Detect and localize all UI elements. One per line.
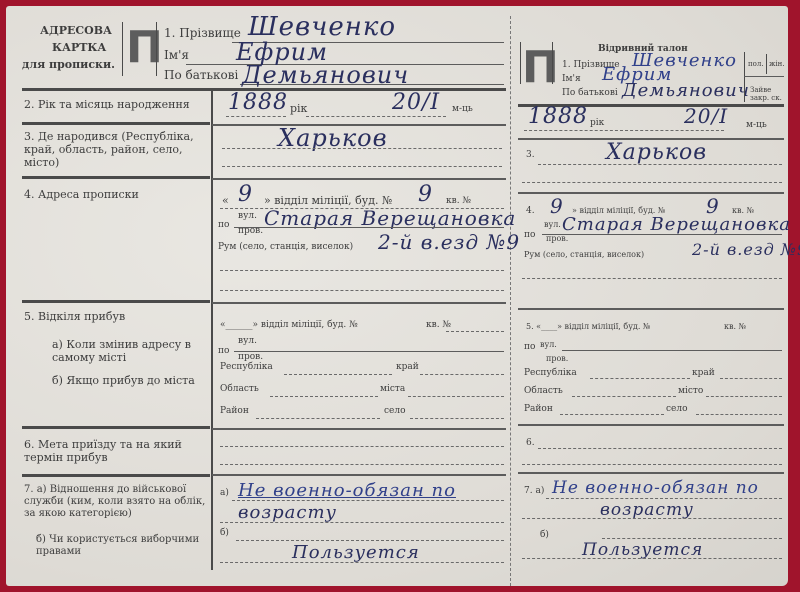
stub-address-vul: вул. [544, 220, 561, 229]
underline [220, 290, 504, 291]
underline [522, 518, 782, 519]
military-a-value-line1: Не военно-обязан по [238, 480, 456, 501]
underline [220, 562, 504, 563]
birth-year-value: 1888 [228, 90, 288, 115]
address-quote-open: « [222, 194, 229, 207]
underline [524, 130, 724, 131]
arrival-label: 5. Відкіля прибув [24, 310, 125, 323]
address-po: по [218, 220, 229, 230]
address-building-value: 9 [418, 182, 433, 207]
stub-birthplace-value: Харьков [606, 140, 707, 165]
stub-sex-label: пол. [748, 60, 764, 68]
stub-sex-value-label: жін. [769, 60, 785, 68]
underline [522, 464, 782, 465]
arrival-prov: пров. [238, 352, 263, 362]
arrival-raion: Район [220, 406, 249, 416]
birth-month-value: 20/I [392, 90, 440, 115]
stub-military-b-value: Пользуется [582, 540, 703, 560]
stub-row5-republic: Республіка [524, 368, 577, 378]
section-divider [518, 424, 784, 426]
underline [220, 522, 504, 523]
underline [538, 164, 782, 165]
stub-row5-city: місто [678, 386, 703, 396]
underline [270, 396, 378, 397]
stub-row4-num: 4. [526, 206, 535, 216]
underline [744, 76, 784, 77]
section-divider [212, 178, 506, 180]
stub-name-label: Ім'я [562, 74, 581, 84]
underline [284, 374, 392, 375]
card-title-line1: АДРЕСОВА [40, 24, 112, 37]
stub-row3-num: 3. [526, 150, 535, 160]
stub-row6-num: 6. [526, 438, 535, 448]
stub-address-prov: пров. [546, 234, 568, 243]
divider [744, 52, 745, 102]
underline [234, 227, 504, 228]
stub-birth-year-unit: рік [590, 118, 604, 128]
underline [572, 396, 676, 397]
stub-row5-village: село [666, 404, 688, 414]
birth-month-unit: м-ць [452, 104, 473, 114]
underline [226, 116, 286, 117]
divider [552, 42, 553, 84]
section-divider [212, 302, 506, 304]
purpose-label: 6. Мета приїзду та на який термін прибув [24, 438, 208, 464]
military-b-value: Пользуется [292, 542, 420, 563]
underline [256, 418, 380, 419]
underline [590, 378, 690, 379]
underline [542, 234, 782, 235]
underline [220, 446, 504, 447]
section-divider [212, 474, 506, 476]
stub-address-rum-value: 2-й в.езд №9 [692, 240, 800, 259]
military-a-value-line2: возрасту [238, 502, 337, 523]
underline [420, 374, 504, 375]
underline [560, 414, 664, 415]
section-divider [22, 176, 210, 179]
underline [538, 448, 782, 449]
underline [232, 500, 504, 501]
underline [522, 278, 782, 279]
birth-year-unit: рік [290, 102, 307, 115]
underline [234, 351, 504, 352]
stub-row5-krai: край [692, 368, 715, 378]
military-b-prefix: б) [220, 528, 229, 538]
address-rum-value: 2-й в.езд №9 [378, 230, 520, 254]
stub-row5-line: 5. «____» відділ міліції, буд. № [526, 322, 650, 331]
underline [222, 148, 502, 149]
arrival-po: по [218, 346, 229, 356]
arrival-vul: вул. [238, 336, 257, 346]
arrival-apt: кв. № [426, 320, 451, 330]
patronymic-value: Демьянович [242, 61, 409, 89]
stub-address-rum-label: Рум (село, станція, виселок) [524, 250, 644, 259]
underline [522, 182, 782, 183]
address-apt-label: кв. № [446, 196, 471, 206]
arrival-oblast: Область [220, 384, 259, 394]
address-rum-label: Рум (село, станція, виселок) [218, 242, 353, 252]
underline [410, 418, 504, 419]
underline [220, 270, 504, 271]
arrival-option-a: а) Коли змінив адресу в самому місті [52, 338, 206, 364]
stub-extra-label: Зайве закр. ск. [750, 86, 784, 102]
stub-address-po: по [524, 230, 535, 240]
divider [520, 42, 521, 84]
military-a-prefix: а) [220, 488, 229, 498]
stub-military-b-prefix: б) [540, 530, 549, 540]
stub-row5-vul: вул. [540, 340, 557, 349]
stub-birth-year-value: 1888 [528, 104, 588, 129]
divider [122, 22, 123, 76]
underline [562, 350, 782, 351]
stub-row5-apt: кв. № [724, 322, 746, 331]
section-divider [518, 308, 784, 310]
address-registration-card: АДРЕСОВА КАРТКА для прописки. П 1. Прізв… [6, 6, 788, 586]
underline [696, 414, 782, 415]
stub-row7-num: 7. а) [524, 486, 544, 496]
underline [446, 331, 504, 332]
section-divider [22, 122, 210, 125]
stub-birth-month-unit: м-ць [746, 120, 767, 130]
underline [602, 538, 782, 539]
underline [236, 540, 504, 541]
underline [522, 558, 782, 559]
stub-row5-prov: пров. [546, 354, 568, 363]
address-vul: вул. [238, 211, 257, 221]
card-title-line2: КАРТКА [52, 41, 106, 54]
section-divider [22, 474, 210, 477]
address-label: 4. Адреса прописки [24, 188, 139, 201]
stub-row5-oblast: Область [524, 386, 563, 396]
arrival-krai: край [396, 362, 419, 372]
stub-patronymic-label: По батькові [562, 88, 618, 98]
arrival-city: міста [380, 384, 405, 394]
underline [408, 396, 504, 397]
stub-birth-month-value: 20/I [684, 104, 728, 128]
underline [220, 464, 504, 465]
stub-address-street-value: Старая Верещановка [562, 214, 791, 235]
stub-row5-raion: Район [524, 404, 553, 414]
birthplace-label: 3. Де народився (Республіка, край, облас… [24, 130, 208, 169]
divider [766, 54, 767, 74]
arrival-village: село [384, 406, 406, 416]
surname-label: 1. Прізвище [164, 26, 241, 40]
stub-patronymic-value: Демьянович [622, 80, 750, 101]
perforation-line[interactable] [510, 16, 511, 586]
arrival-republic: Республіка [220, 362, 273, 372]
card-title-line3: для прописки. [22, 58, 115, 71]
section-divider [212, 428, 506, 430]
military-label-b: б) Чи користується виборчими правами [36, 534, 208, 558]
underline [222, 166, 502, 167]
stub-row5-po: по [524, 342, 535, 352]
arrival-line1: «______» відділ міліції, буд. № [220, 320, 358, 330]
section-divider [22, 300, 210, 303]
column-divider [211, 90, 213, 570]
section-divider [22, 426, 210, 429]
military-label-a: 7. а) Відношення до військової служби (к… [24, 484, 208, 520]
underline [546, 498, 782, 499]
patronymic-label: По батькові [164, 68, 238, 82]
arrival-option-b: б) Якщо прибув до міста [52, 374, 195, 387]
section-divider [518, 472, 784, 474]
underline [306, 116, 446, 117]
underline [706, 396, 782, 397]
stub-military-a-value-line2: возрасту [600, 500, 694, 520]
underline [720, 378, 782, 379]
stub-military-a-value-line1: Не военно-обязан по [552, 478, 759, 498]
address-district-value: 9 [238, 182, 253, 207]
birth-label: 2. Рік та місяць народження [24, 98, 190, 111]
name-label: Ім'я [164, 48, 189, 62]
divider [156, 22, 157, 76]
